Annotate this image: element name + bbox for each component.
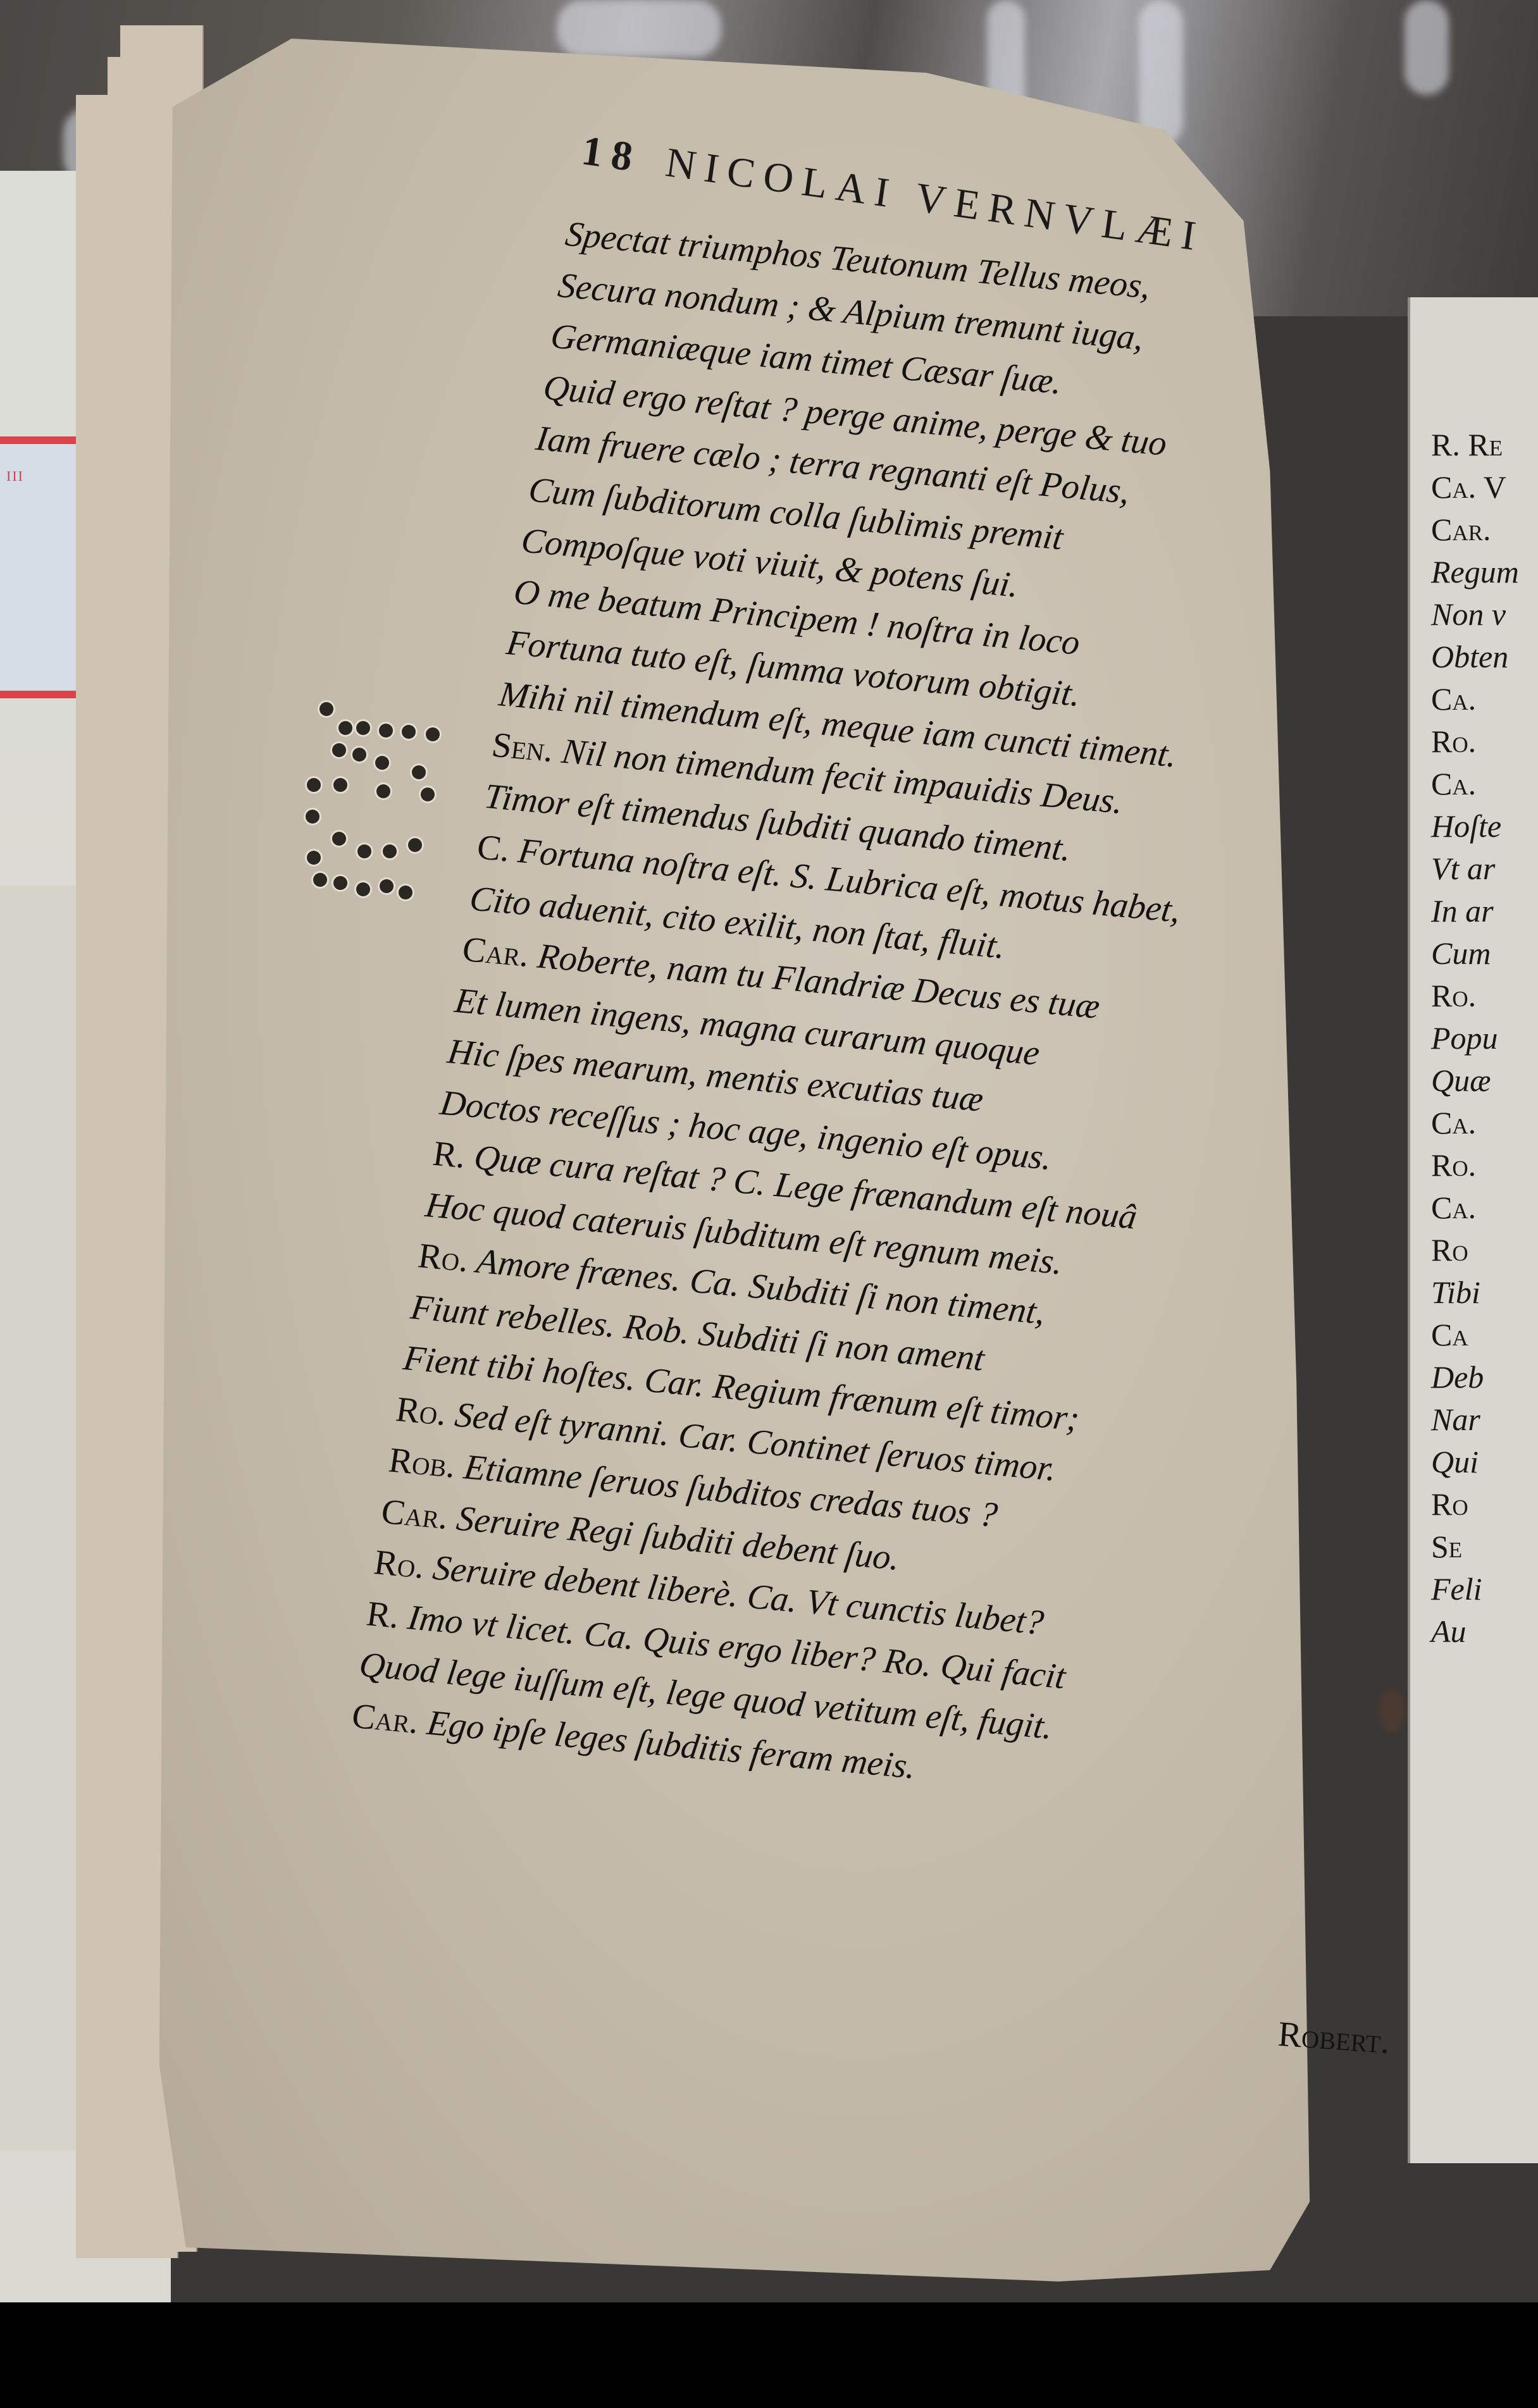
fragment-line: Ca. xyxy=(1431,1187,1519,1229)
fragment-line: Nar xyxy=(1431,1398,1519,1441)
fragment-line: Ro. xyxy=(1431,1144,1519,1187)
fragment-line: Ca. xyxy=(1431,1102,1519,1144)
fragment-line: Ro xyxy=(1431,1229,1519,1271)
speaker-label: Ro. xyxy=(371,1543,427,1586)
card-mark: III xyxy=(6,468,24,485)
fragment-line: In ar xyxy=(1431,890,1519,932)
page-number: 18 xyxy=(579,127,644,181)
fragment-line: Ro. xyxy=(1431,975,1519,1017)
fragment-line: Quæ xyxy=(1431,1059,1519,1102)
fragment-line: Ca. xyxy=(1431,678,1519,720)
glass-reflection xyxy=(1139,0,1183,145)
glass-reflection xyxy=(1405,0,1449,95)
speaker-label: Ro. xyxy=(416,1236,471,1280)
fragment-line: Deb xyxy=(1431,1356,1519,1398)
fragment-line: Regum xyxy=(1431,551,1519,593)
speaker-label: C. xyxy=(474,827,512,869)
fragment-line: R. Re xyxy=(1431,424,1519,466)
fragment-line: Au xyxy=(1431,1610,1519,1653)
speaker-label: Car. xyxy=(379,1491,451,1536)
fragment-line: Popu xyxy=(1431,1017,1519,1059)
glass-reflection xyxy=(557,0,721,57)
fragment-line: Tibi xyxy=(1431,1271,1519,1314)
fragment-line: Qui xyxy=(1431,1441,1519,1483)
ink-stain xyxy=(1379,1689,1405,1733)
fragment-line: Ca xyxy=(1431,1314,1519,1356)
fragment-line: Non v xyxy=(1431,593,1519,636)
fragment-line: Feli xyxy=(1431,1568,1519,1610)
speaker-label: Car. xyxy=(460,930,532,975)
fragment-line: Ro. xyxy=(1431,720,1519,763)
perforated-stamp xyxy=(294,696,446,905)
fragment-line: Ca. xyxy=(1431,763,1519,805)
fragment-line: Vt ar xyxy=(1431,848,1519,890)
fragment-line: Hoſte xyxy=(1431,805,1519,848)
fragment-line: Se xyxy=(1431,1526,1519,1568)
fragment-line: Cum xyxy=(1431,932,1519,975)
speaker-label: R. xyxy=(364,1594,402,1636)
speaker-label: Ro. xyxy=(394,1390,449,1433)
fragment-line: Car. xyxy=(1431,509,1519,551)
fragment-line: Obten xyxy=(1431,636,1519,678)
speaker-label: Rob. xyxy=(386,1441,458,1486)
speaker-label: Sen. xyxy=(489,725,556,770)
fragment-line: Ca. V xyxy=(1431,466,1519,509)
background-dark-base xyxy=(0,2302,1538,2408)
speaker-label: Car. xyxy=(349,1696,421,1741)
facing-page-text: R. Re Ca. V Car. Regum Non v Obten Ca. R… xyxy=(1431,424,1519,1653)
catchword: Robert. xyxy=(1277,2014,1391,2062)
speaker-label: R. xyxy=(430,1134,468,1176)
fragment-line: Ro xyxy=(1431,1483,1519,1526)
